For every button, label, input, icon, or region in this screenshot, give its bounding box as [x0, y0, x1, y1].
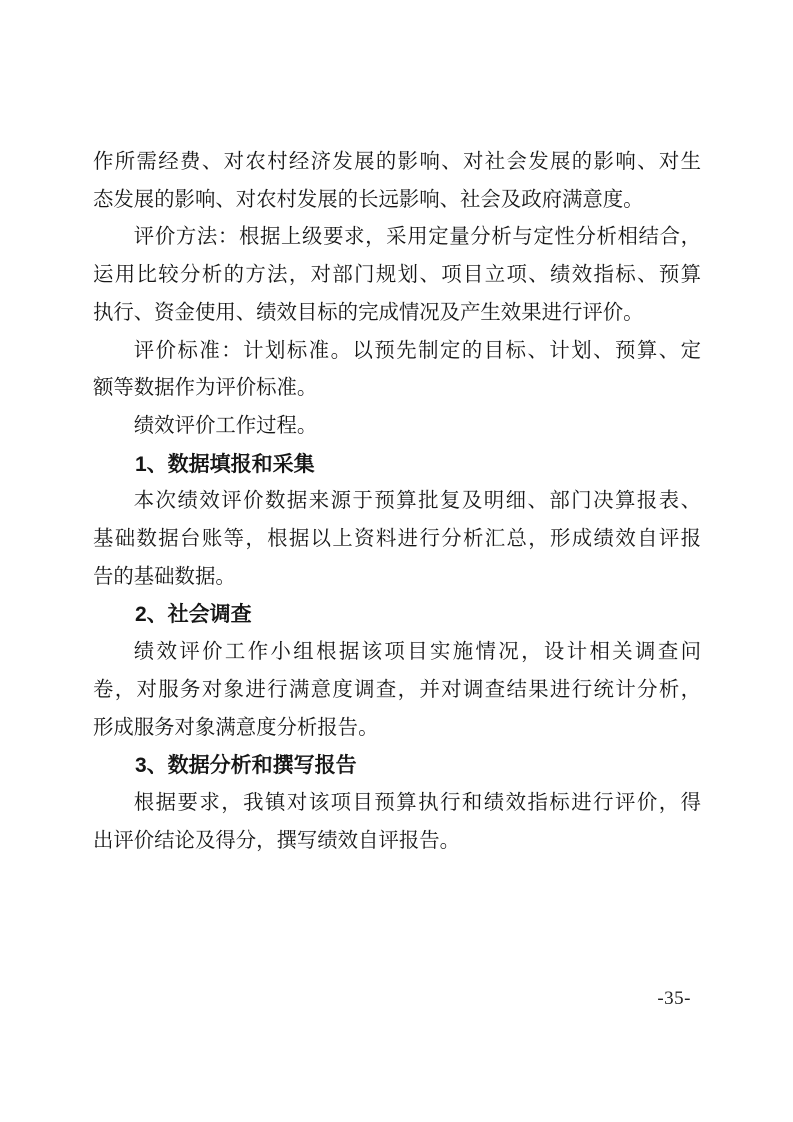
body-line: 卷，对服务对象进行满意度调查，并对调查结果进行统计分析， — [93, 672, 701, 710]
body-line: 态发展的影响、对农村发展的长远影响、社会及政府满意度。 — [93, 182, 701, 220]
body-line: 评价标准：计划标准。以预先制定的目标、计划、预算、定 — [93, 333, 701, 371]
document-page: 作所需经费、对农村经济发展的影响、对社会发展的影响、对生 态发展的影响、对农村发… — [0, 0, 793, 1122]
section-heading-2: 2、社会调查 — [93, 596, 701, 634]
body-line: 额等数据作为评价标准。 — [93, 370, 701, 408]
document-body: 作所需经费、对农村经济发展的影响、对社会发展的影响、对生 态发展的影响、对农村发… — [93, 144, 701, 860]
body-line: 评价方法：根据上级要求，采用定量分析与定性分析相结合， — [93, 219, 701, 257]
body-line: 执行、资金使用、绩效目标的完成情况及产生效果进行评价。 — [93, 295, 701, 333]
body-line: 形成服务对象满意度分析报告。 — [93, 710, 701, 748]
body-line: 运用比较分析的方法，对部门规划、项目立项、绩效指标、预算 — [93, 257, 701, 295]
body-line: 出评价结论及得分，撰写绩效自评报告。 — [93, 823, 701, 861]
section-heading-3: 3、数据分析和撰写报告 — [93, 747, 701, 785]
section-heading-1: 1、数据填报和采集 — [93, 446, 701, 484]
body-line: 绩效评价工作过程。 — [93, 408, 701, 446]
body-line: 告的基础数据。 — [93, 559, 701, 597]
body-line: 作所需经费、对农村经济发展的影响、对社会发展的影响、对生 — [93, 144, 701, 182]
page-number: -35- — [93, 988, 691, 1010]
body-line: 基础数据台账等，根据以上资料进行分析汇总，形成绩效自评报 — [93, 521, 701, 559]
body-line: 根据要求，我镇对该项目预算执行和绩效指标进行评价，得 — [93, 785, 701, 823]
body-line: 绩效评价工作小组根据该项目实施情况，设计相关调查问 — [93, 634, 701, 672]
body-line: 本次绩效评价数据来源于预算批复及明细、部门决算报表、 — [93, 483, 701, 521]
